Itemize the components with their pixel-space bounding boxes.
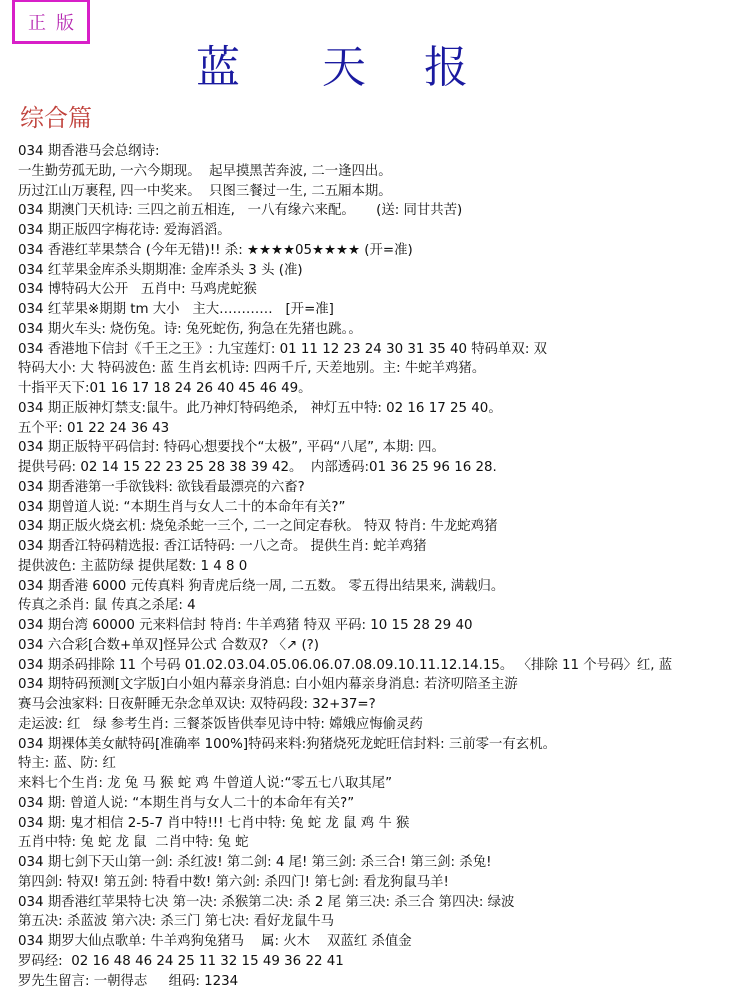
- text-line: 034 期香江特码精选报: 香江话特码: 一八之奇。 提供生肖: 蛇羊鸡猪: [18, 537, 733, 557]
- text-line: 特主: 蓝、防: 红: [18, 754, 733, 774]
- text-line: 034 期香港马会总纲诗:: [18, 142, 733, 162]
- text-line: 特码大小: 大 特码波色: 蓝 生肖玄机诗: 四两千斤, 天差地别。主: 牛蛇羊…: [18, 359, 733, 379]
- badge-char: 版: [56, 9, 74, 35]
- text-line: 034 期裸体美女献特码[准确率 100%]特码来料:狗猪烧死龙蛇旺信封料: 三…: [18, 735, 733, 755]
- text-line: 传真之杀肖: 鼠 传真之杀尾: 4: [18, 596, 733, 616]
- section-heading: 综合篇: [20, 102, 92, 134]
- title-char: 报: [424, 40, 468, 96]
- text-line: 十指平天下:01 16 17 18 24 26 40 45 46 49。: [18, 379, 733, 399]
- text-line: 034 期曾道人说: “本期生肖与女人二十的本命年有关?”: [18, 498, 733, 518]
- text-line: 034 期特码预测[文字版]白小姐内幕亲身消息: 白小姐内幕亲身消息: 若济叨陪…: [18, 675, 733, 695]
- text-line: 提供号码: 02 14 15 22 23 25 28 38 39 42。 内部透…: [18, 458, 733, 478]
- text-line: 034 香港地下信封《千王之王》: 九宝莲灯: 01 11 12 23 24 3…: [18, 340, 733, 360]
- text-line: 034 期: 鬼才相信 2-5-7 肖中特!!! 七肖中特: 兔 蛇 龙 鼠 鸡…: [18, 814, 733, 834]
- text-line: 034 红苹果※期期 tm 大小 主大………… [开=准]: [18, 300, 733, 320]
- text-line: 历过江山万裹程, 四一中奖来。 只图三餐过一生, 二五厢本期。: [18, 182, 733, 202]
- text-line: 五个平: 01 22 24 36 43: [18, 419, 733, 439]
- text-line: 第五决: 杀蓝波 第六决: 杀三门 第七决: 看好龙鼠牛马: [18, 912, 733, 932]
- text-line: 034 期: 曾道人说: “本期生肖与女人二十的本命年有关?”: [18, 794, 733, 814]
- page-title: 蓝 天 报: [0, 40, 733, 96]
- text-line: 034 期香港第一手欲钱料: 欲钱看最漂亮的六畜?: [18, 478, 733, 498]
- text-line: 034 期七剑下天山第一剑: 杀红波! 第二剑: 4 尾! 第三剑: 杀三合! …: [18, 853, 733, 873]
- text-line: 034 期正版火烧玄机: 烧兔杀蛇一三个, 二一之间定春秋。 特双 特肖: 牛龙…: [18, 517, 733, 537]
- text-line: 一生勤劳孤无助, 一六今期现。 起早摸黑苦奔波, 二一逢四出。: [18, 162, 733, 182]
- text-line: 034 香港红苹果禁合 (今年无错)!! 杀: ★★★★05★★★★ (开=准): [18, 241, 733, 261]
- text-line: 走运波: 红 绿 参考生肖: 三餐茶饭皆供奉见诗中特: 嫦娥应悔偷灵药: [18, 715, 733, 735]
- title-char: 天: [322, 40, 366, 96]
- text-line: 034 期澳门天机诗: 三四之前五相连, 一八有缘六来配。 (送: 同甘共苦): [18, 201, 733, 221]
- text-line: 034 红苹果金库杀头期期准: 金库杀头 3 头 (准): [18, 261, 733, 281]
- text-line: 034 期火车头: 烧伤兔。诗: 兔死蛇伤, 狗急在先猪也跳。。: [18, 320, 733, 340]
- text-line: 罗先生留言: 一朝得志 组码: 1234: [18, 972, 733, 992]
- text-line: 来料七个生肖: 龙 兔 马 猴 蛇 鸡 牛曾道人说:“零五七八取其尾”: [18, 774, 733, 794]
- text-line: 赛马会浊家料: 日夜鼾睡无杂念单双诀: 双特码段: 32+37=?: [18, 695, 733, 715]
- badge-char: 正: [28, 9, 46, 35]
- text-line: 034 期台湾 60000 元来料信封 特肖: 牛羊鸡猪 特双 平码: 10 1…: [18, 616, 733, 636]
- text-line: 034 博特码大公开 五肖中: 马鸡虎蛇猴: [18, 280, 733, 300]
- text-line: 034 期正版神灯禁支:鼠牛。此乃神灯特码绝杀, 神灯五中特: 02 16 17…: [18, 399, 733, 419]
- content-lines: 034 期香港马会总纲诗: 一生勤劳孤无助, 一六今期现。 起早摸黑苦奔波, 二…: [18, 142, 733, 991]
- text-line: 034 六合彩[合数+单双]怪异公式 合数双? 〈↗ (?): [18, 636, 733, 656]
- text-line: 034 期香港 6000 元传真料 狗青虎后绕一周, 二五数。 零五得出结果来,…: [18, 577, 733, 597]
- text-line: 034 期香港红苹果特七决 第一决: 杀猴第二决: 杀 2 尾 第三决: 杀三合…: [18, 893, 733, 913]
- title-char: 蓝: [196, 40, 240, 96]
- text-line: 罗码经: 02 16 48 46 24 25 11 32 15 49 36 22…: [18, 952, 733, 972]
- text-line: 五肖中特: 兔 蛇 龙 鼠 二肖中特: 兔 蛇: [18, 833, 733, 853]
- text-line: 034 期正版四字梅花诗: 爱海滔滔。: [18, 221, 733, 241]
- text-line: 第四剑: 特双! 第五剑: 特看中数! 第六剑: 杀四门! 第七剑: 看龙狗鼠马…: [18, 873, 733, 893]
- text-line: 提供波色: 主蓝防绿 提供尾数: 1 4 8 0: [18, 557, 733, 577]
- text-line: 034 期杀码排除 11 个号码 01.02.03.04.05.06.06.07…: [18, 656, 733, 676]
- text-line: 034 期罗大仙点歌单: 牛羊鸡狗兔猪马 属: 火木 双蓝红 杀值金: [18, 932, 733, 952]
- genuine-edition-badge: 正 版: [12, 0, 90, 44]
- text-line: 034 期正版特平码信封: 特码心想要找个“太极”, 平码“八尾”, 本期: 四…: [18, 438, 733, 458]
